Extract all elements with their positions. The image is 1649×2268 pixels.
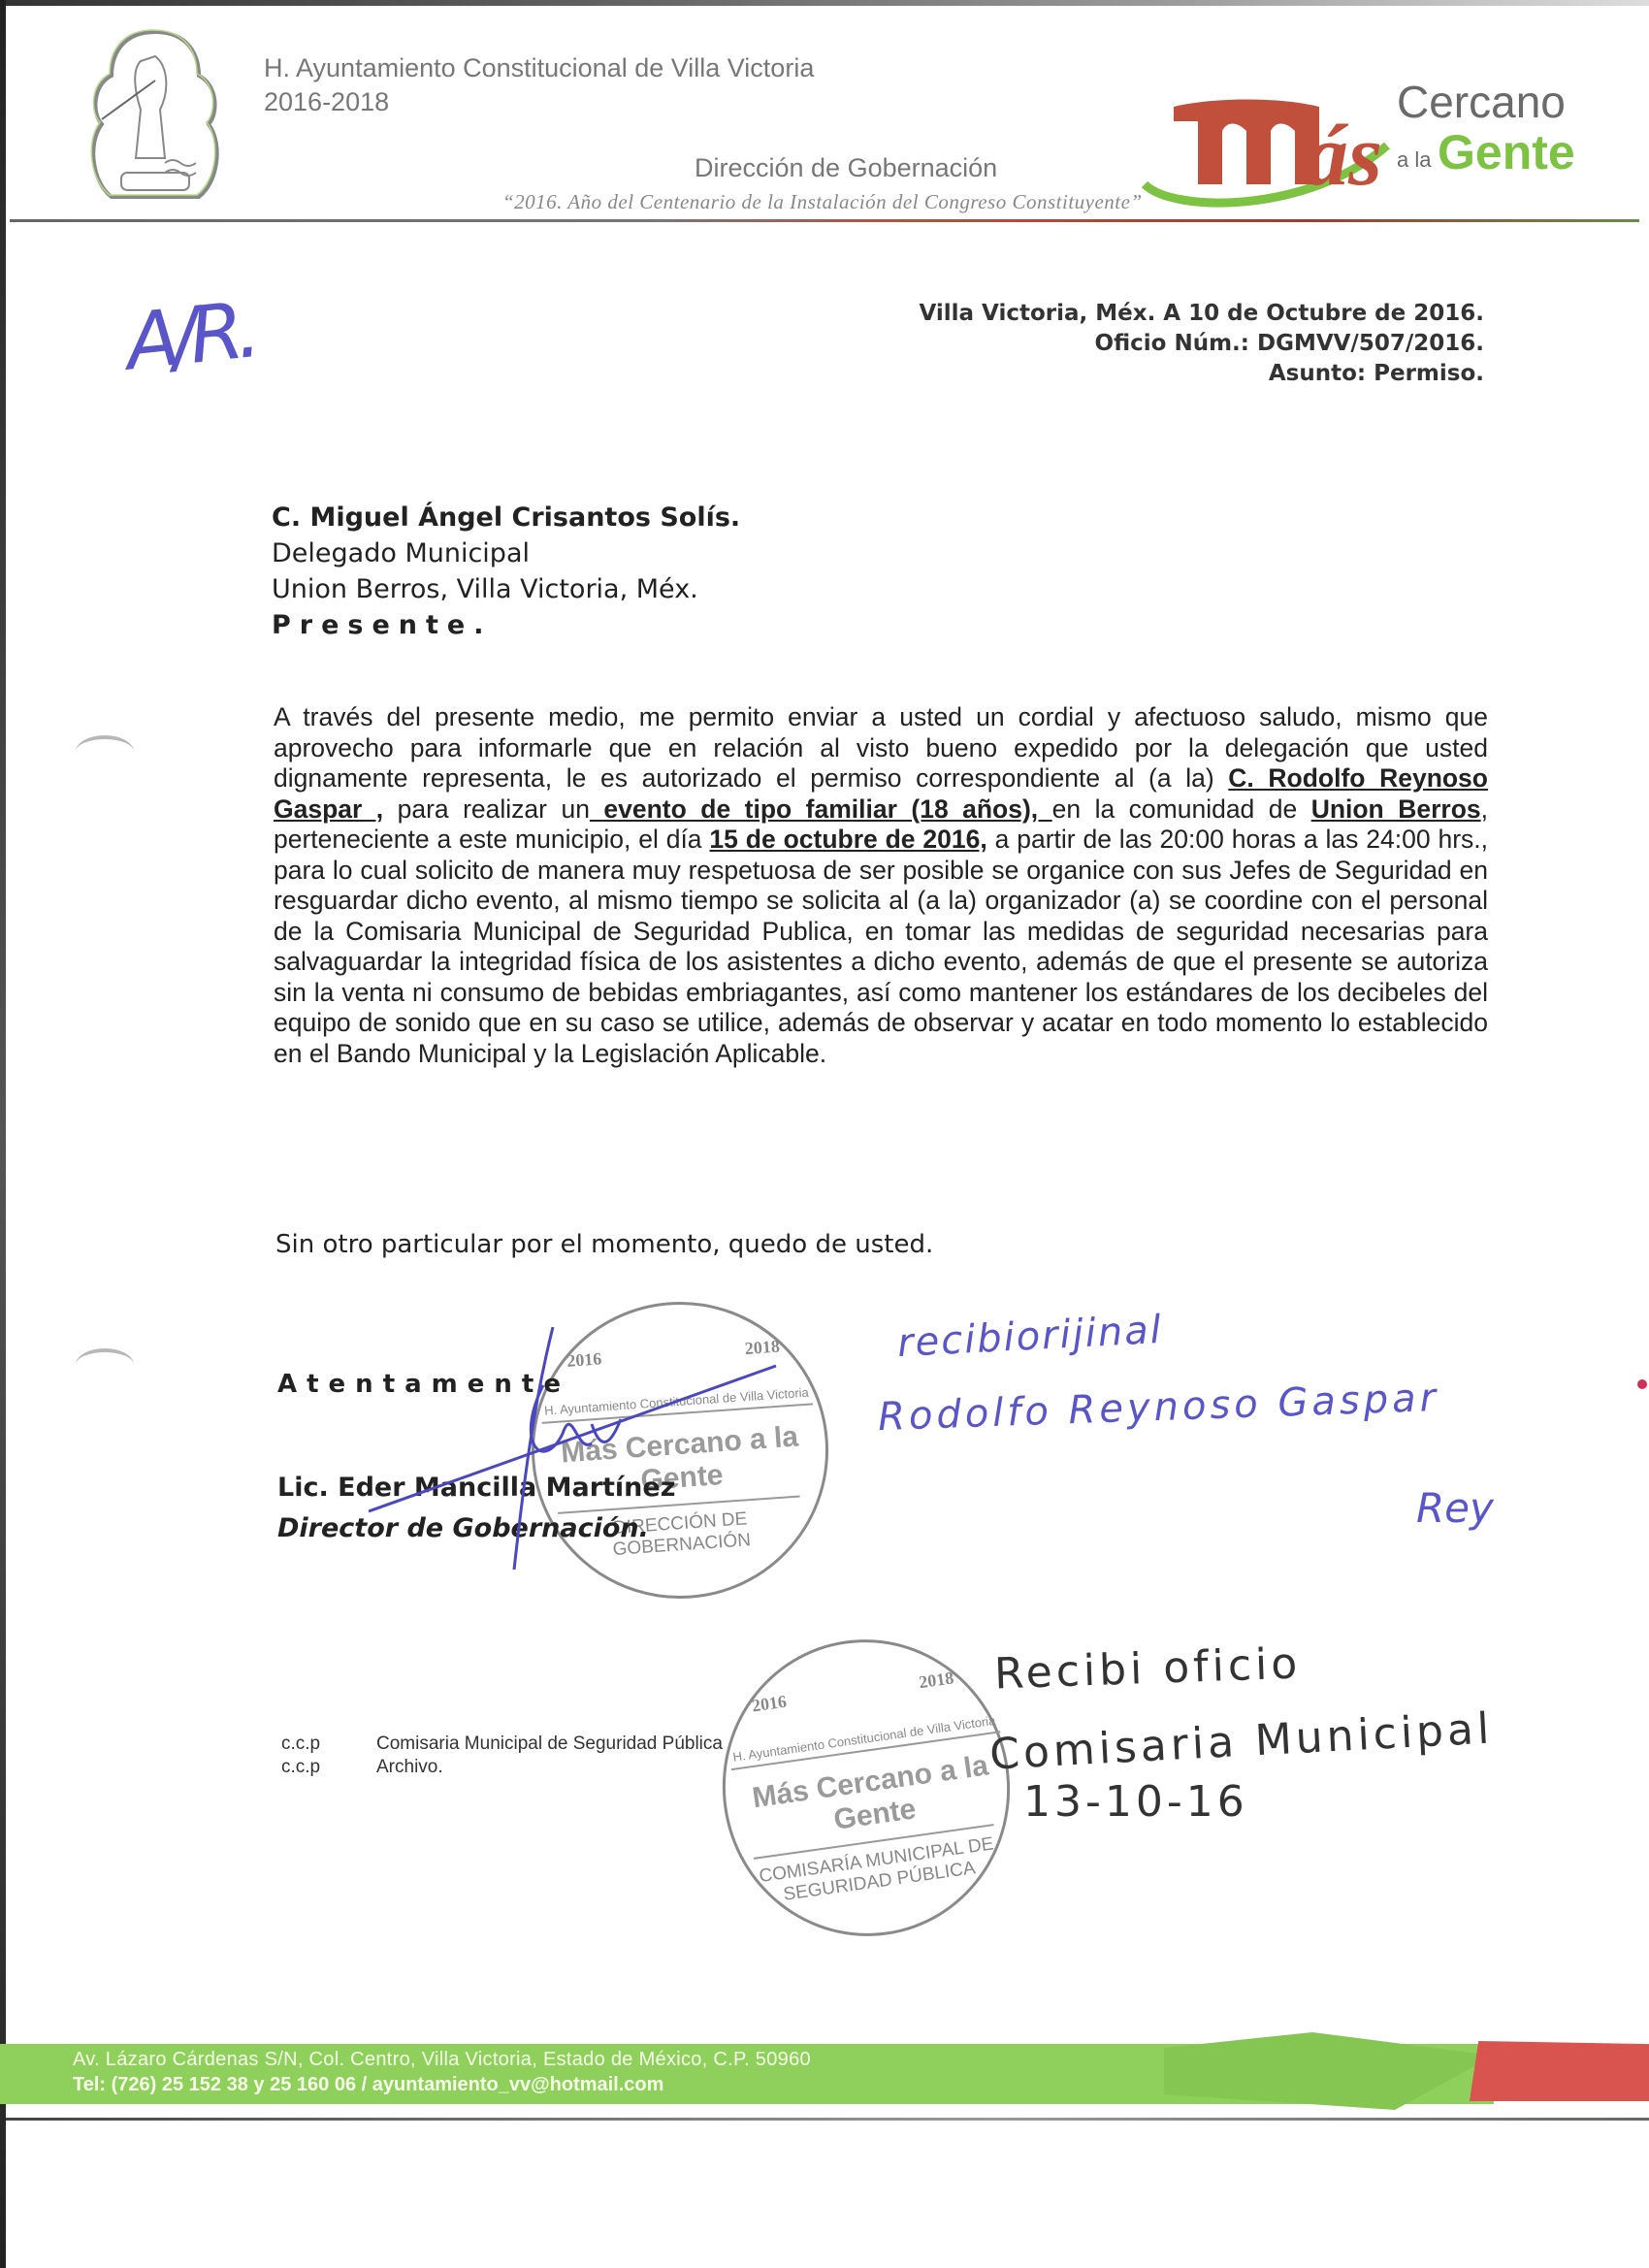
scan-edge-left	[0, 0, 6, 2268]
administration-period: 2016-2018	[264, 87, 389, 117]
letter-meta: Villa Victoria, Méx. A 10 de Octubre de …	[919, 299, 1484, 389]
footer-contact: Tel: (726) 25 152 38 y 25 160 06 / ayunt…	[73, 2074, 663, 2096]
punch-hole	[76, 1348, 134, 1381]
footer-scan-edge	[6, 2118, 1649, 2121]
place-date: Villa Victoria, Méx. A 10 de Octubre de …	[919, 299, 1484, 329]
logo-cercano: Cercano	[1397, 76, 1566, 128]
institution-name: H. Ayuntamiento Constitucional de Villa …	[264, 50, 814, 85]
punch-hole	[76, 735, 134, 768]
signature-scribble-icon	[369, 1327, 834, 1579]
handwritten-receipt-line1: recibiorijinal	[896, 1308, 1164, 1366]
subject: Asunto: Permiso.	[919, 359, 1484, 389]
department-name: Dirección de Gobernación	[695, 153, 997, 183]
letter-body: A través del presente medio, me permito …	[274, 702, 1488, 1069]
oficio-number: Oficio Núm.: DGMVV/507/2016.	[919, 329, 1484, 359]
aqueduct-m-icon: ás	[1135, 68, 1397, 213]
footer-red-block	[1470, 2041, 1649, 2101]
recipient-block: C. Miguel Ángel Crisantos Solís. Delegad…	[272, 500, 740, 643]
handwritten-receipt-initials: Rey	[1416, 1484, 1494, 1532]
closing-line: Sin otro particular por el momento, qued…	[275, 1230, 933, 1259]
copy-list: c.c.pComisaria Municipal de Seguridad Pú…	[281, 1733, 723, 1779]
logo-gente: Gente	[1438, 124, 1575, 180]
recipient-greeting: Presente.	[272, 607, 740, 643]
cc-item: c.c.pComisaria Municipal de Seguridad Pú…	[281, 1733, 723, 1756]
handwritten-comisaria-line1: Recibi oficio	[993, 1638, 1302, 1699]
community-name: Union Berros	[1311, 794, 1481, 824]
svg-text:ás: ás	[1305, 108, 1382, 204]
footer-address: Av. Lázaro Cárdenas S/N, Col. Centro, Vi…	[73, 2049, 811, 2071]
cc-item: c.c.pArchivo.	[281, 1756, 723, 1779]
event-type: evento de tipo familiar (18 años),	[590, 794, 1052, 824]
event-date: 15 de octubre de 2016,	[709, 825, 986, 854]
scan-edge-top	[0, 0, 1649, 6]
handwritten-comisaria-line2: Comisaria Municipal	[988, 1703, 1494, 1779]
handwritten-comisaria-date: 13-10-16	[1023, 1777, 1248, 1827]
recipient-title: Delegado Municipal	[272, 535, 740, 571]
recipient-name: C. Miguel Ángel Crisantos Solís.	[272, 500, 740, 535]
year-motto: “2016. Año del Centenario de la Instalac…	[502, 190, 1143, 214]
handwritten-initials: A/R.	[121, 284, 257, 387]
ink-dot	[1637, 1379, 1647, 1389]
logo-a-la: a la	[1397, 147, 1431, 173]
municipal-crest-icon	[82, 27, 228, 207]
mas-cercano-logo: ás Cercano a la Gente	[1135, 68, 1591, 213]
recipient-location: Union Berros, Villa Victoria, Méx.	[272, 571, 740, 607]
stamp-comisaria-municipal: 20162018 H. Ayuntamiento Constitucional …	[703, 1621, 1029, 1955]
handwritten-receipt-line2: Rodolfo Reynoso Gaspar	[877, 1376, 1439, 1440]
header-divider	[10, 219, 1639, 222]
